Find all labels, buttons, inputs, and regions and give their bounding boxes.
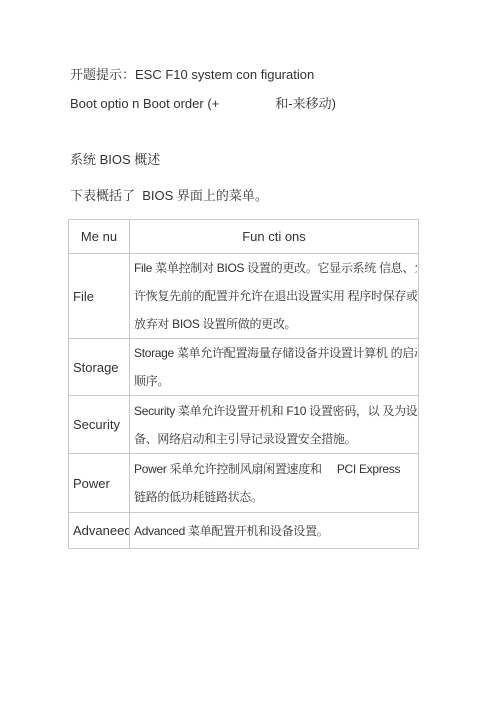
menu-cell: Security [69,396,130,454]
header-menu: Me nu [69,220,130,254]
function-cell: Advanced 菜单配置开机和设备设置。 [130,513,419,549]
table-row: Advaneed Advanced 菜单配置开机和设备设置。 [69,513,419,549]
boot-option-line: Boot optio n Boot order (+和-来移动) [70,93,336,112]
function-cell: Storage 菜单允许配置海量存储设备并设置计算机 的启动 顺序。 [130,339,419,396]
table-row: Security Security 菜单允许设置开机和 F10 设置密码，以 及… [69,396,419,454]
function-line: 顺序。 [134,367,417,395]
function-line: 链路的低功耗链路状态。 [134,483,417,511]
boot-option-text-left: Boot optio n Boot order (+ [70,96,219,111]
function-line: Advanced 菜单配置开机和设备设置。 [134,517,417,545]
boot-option-text-right: 和-来移动) [275,96,336,111]
table-row: Storage Storage 菜单允许配置海量存储设备并设置计算机 的启动 顺… [69,339,419,396]
function-line: 备、网络启动和主引导记录设置安全措施。 [134,425,417,453]
function-cell: Power 采单允许控制风扇闲置速度和 PCI Express 链路的低功耗链路… [130,454,419,513]
function-cell: File 菜单控制对 BIOS 设置的更改。它显示系统 信息、允 许恢复先前的配… [130,254,419,339]
section-heading: 系统 BIOS 概述 [70,149,160,168]
menu-cell: Power [69,454,130,513]
bios-menu-table: Me nu Fun cti ons File File 菜单控制对 BIOS 设… [68,219,419,549]
function-cell: Security 菜单允许设置开机和 F10 设置密码，以 及为设 备、网络启动… [130,396,419,454]
function-line: Power 采单允许控制风扇闲置速度和 PCI Express [134,455,417,483]
prompt-line: 开题提示：ESC F10 system con figuration [70,64,314,83]
table-header-row: Me nu Fun cti ons [69,220,419,254]
function-line: 放弃对 BIOS 设置所做的更改。 [134,310,417,338]
menu-cell: Advaneed [69,513,130,549]
table-row: File File 菜单控制对 BIOS 设置的更改。它显示系统 信息、允 许恢… [69,254,419,339]
function-line: 许恢复先前的配置并允许在退出设置实用 程序时保存或 [134,282,417,310]
table-row: Power Power 采单允许控制风扇闲置速度和 PCI Express 链路… [69,454,419,513]
function-line: Storage 菜单允许配置海量存储设备并设置计算机 的启动 [134,339,417,367]
function-line: File 菜单控制对 BIOS 设置的更改。它显示系统 信息、允 [134,254,417,282]
table-intro: 下表概括了 BIOS 界面上的菜单。 [70,185,268,204]
document-page: 开题提示：ESC F10 system con figuration Boot … [0,0,500,708]
menu-cell: Storage [69,339,130,396]
function-line: Security 菜单允许设置开机和 F10 设置密码，以 及为设 [134,397,417,425]
header-functions: Fun cti ons [130,220,419,254]
menu-cell: File [69,254,130,339]
